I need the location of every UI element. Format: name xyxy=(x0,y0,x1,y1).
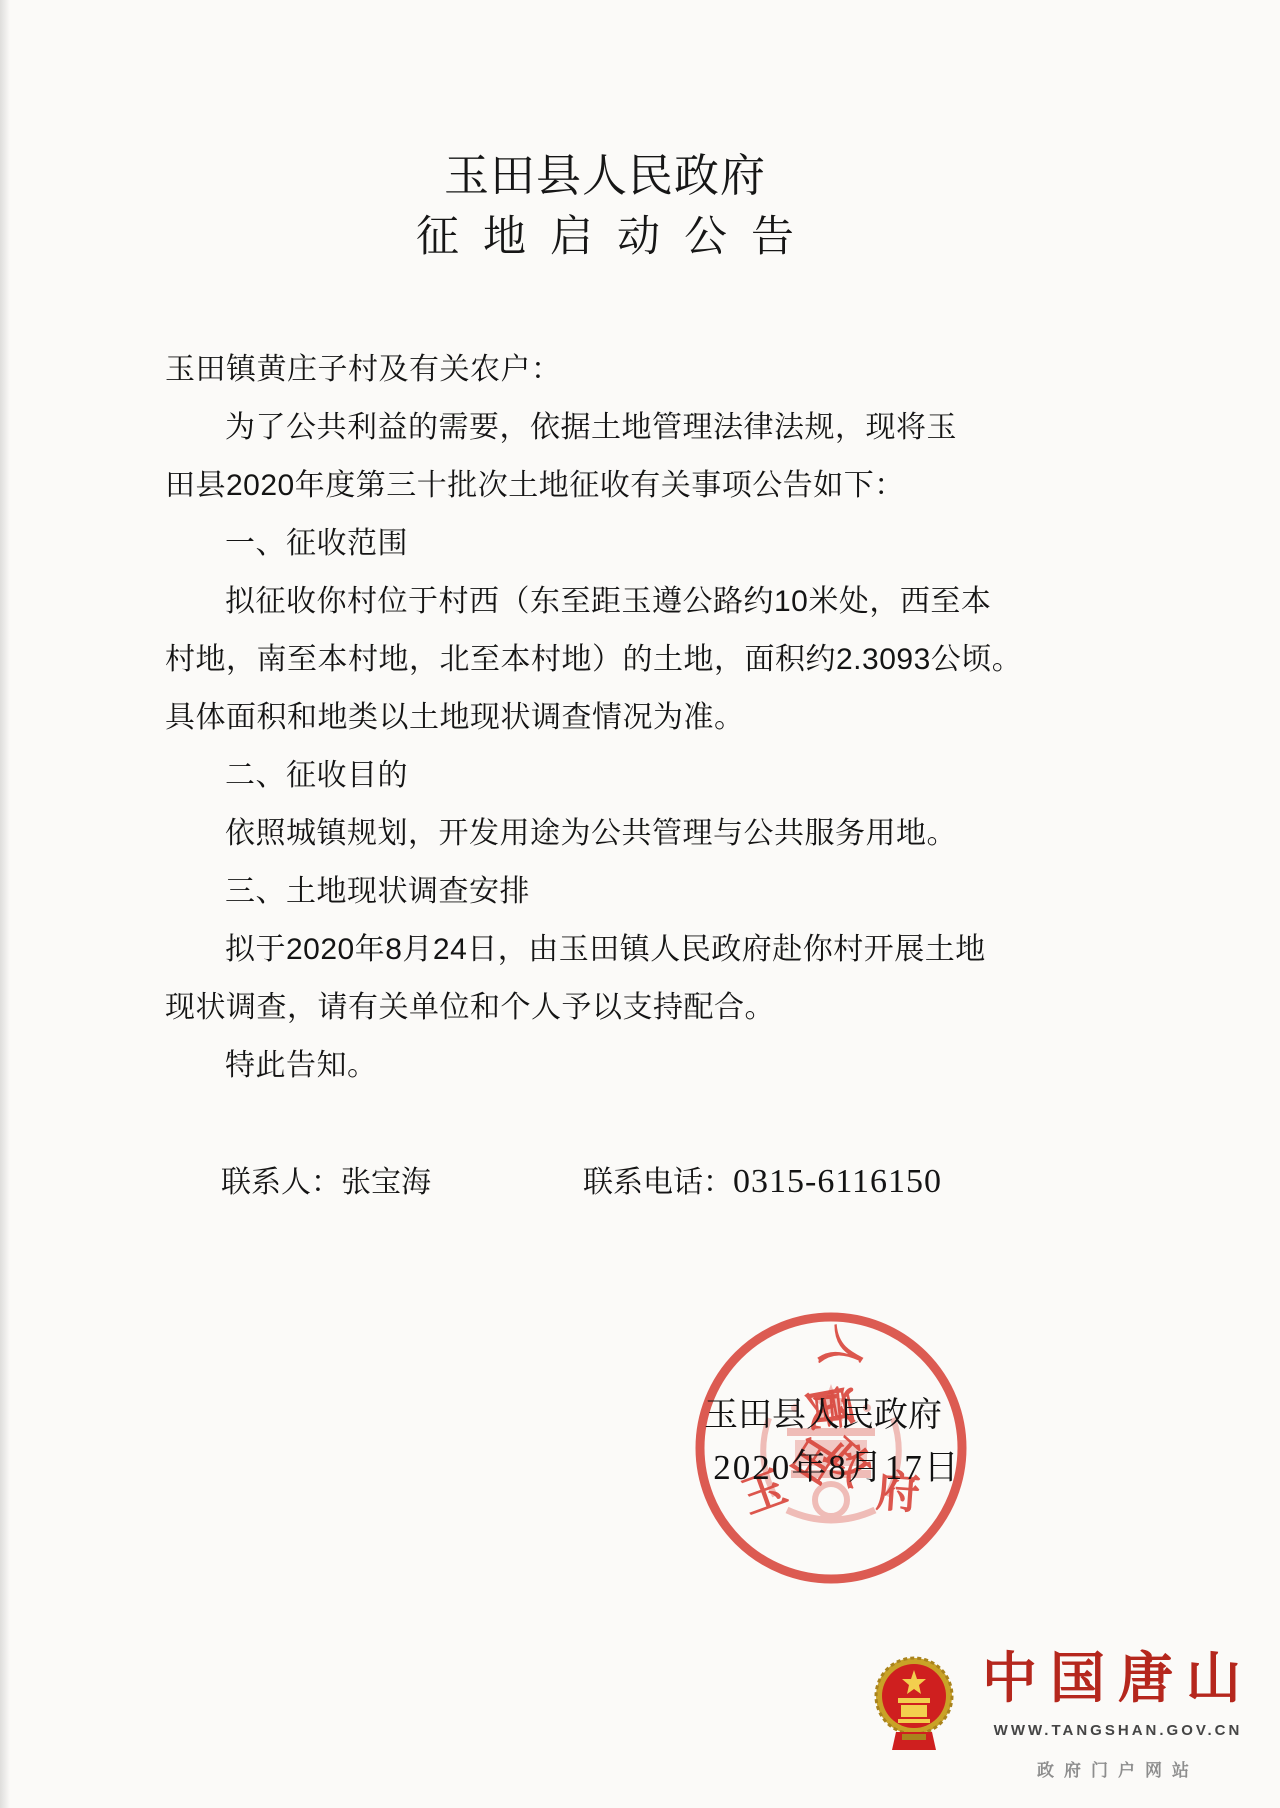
body-text-line: 玉田镇黄庄子村及有关农户： xyxy=(165,341,1085,399)
body-text-line: 田县2020年度第三十批次土地征收有关事项公告如下： xyxy=(165,457,1085,515)
body-text-line: 为了公共利益的需要，依据土地管理法律法规，现将玉 xyxy=(165,399,1085,457)
body-text-line: 二、征收目的 xyxy=(165,747,1085,805)
contact-line: 联系人：张宝海联系电话：0315-6116150 xyxy=(165,1153,942,1211)
portal-brand-calligraphy: 中国唐山 xyxy=(982,1648,1262,1710)
body-text-line: 拟征收你村位于村西（东至距玉遵公路约10米处，西至本 xyxy=(165,573,1085,631)
contact-phone-label: 联系电话： xyxy=(583,1166,733,1199)
document-title-authority: 玉田县人民政府 xyxy=(165,150,1045,202)
body-text-line: 村地，南至本村地，北至本村地）的土地，面积约2.3093公顷。 xyxy=(165,631,1085,689)
document-title-block: 玉田县人民政府 征地启动公告 xyxy=(165,150,1045,266)
body-text-line: 三、土地现状调查安排 xyxy=(165,863,1085,921)
national-emblem-icon xyxy=(872,1654,956,1754)
body-text-line: 一、征收范围 xyxy=(165,515,1085,573)
body-text-line: 具体面积和地类以土地现状调查情况为准。 xyxy=(165,689,1085,747)
body-text-line: 特此告知。 xyxy=(165,1037,1085,1095)
portal-tagline: 政府门户网站 xyxy=(982,1756,1254,1781)
signature-date: 2020年8月17日 xyxy=(697,1448,977,1488)
signature-authority: 玉田县人民政府 xyxy=(683,1396,963,1434)
body-text-line: 现状调查，请有关单位和个人予以支持配合。 xyxy=(165,979,1085,1037)
contact-phone-number: 0315-6116150 xyxy=(733,1163,942,1200)
document-title-announcement: 征地启动公告 xyxy=(165,210,1045,266)
contact-person: 联系人：张宝海 xyxy=(221,1166,431,1199)
body-text-line: 依照城镇规划，开发用途为公共管理与公共服务用地。 xyxy=(165,805,1085,863)
body-text-line: 拟于2020年8月24日，由玉田镇人民政府赴你村开展土地 xyxy=(165,921,1085,979)
scanned-announcement-page: 玉田县人民政府 征地启动公告 玉田镇黄庄子村及有关农户： 为了公共利益的需要，依… xyxy=(0,0,1280,1808)
announcement-body: 玉田镇黄庄子村及有关农户： 为了公共利益的需要，依据土地管理法律法规，现将玉 田… xyxy=(165,341,1085,1095)
portal-url: WWW.TANGSHAN.GOV.CN xyxy=(982,1722,1254,1739)
